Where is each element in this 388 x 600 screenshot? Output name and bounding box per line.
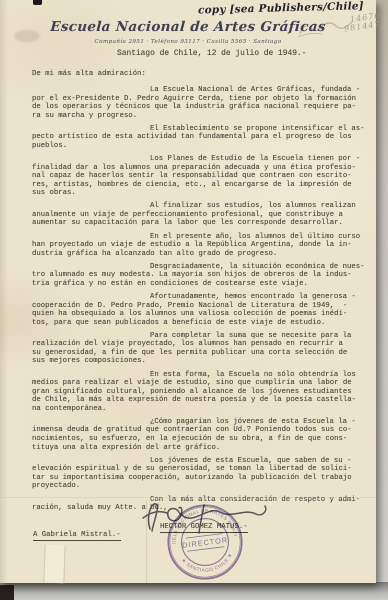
- letter-line: tos, para que sean publicados a benefici…: [32, 319, 368, 328]
- letter-line: sus obras.: [32, 189, 368, 198]
- paragraph: Para completar la suma que se necesite p…: [32, 332, 368, 366]
- paper-edge-shade: [0, 0, 8, 583]
- letter-line: Los Planes de Estudio de la Escuela tien…: [32, 155, 368, 164]
- letter-line: medios para realizar el viaje de estudio…: [32, 379, 368, 388]
- letter-line: inmensa deuda de gratitud que contraería…: [32, 426, 368, 435]
- letter-body: La Escuela Nacional de Artes Gráficas, f…: [32, 86, 368, 517]
- paragraph: El Establecimiento se propone intensific…: [32, 125, 368, 151]
- paragraph: La Escuela Nacional de Artes Gráficas, f…: [32, 86, 368, 120]
- letter-line: La Escuela Nacional de Artes Gráficas, f…: [32, 86, 368, 95]
- scanned-letter: copy [sea Publishers/Chile] 14676 981447…: [0, 0, 388, 600]
- letter-line: na contemporánea.: [32, 405, 368, 414]
- scan-background-right: [376, 0, 388, 585]
- cropped-ink-mark: [33, 0, 42, 5]
- paragraph: Los jóvenes de esta Escuela, que saben d…: [32, 457, 368, 491]
- scan-dark-corner: [0, 585, 14, 600]
- letter-line: proyectado.: [32, 482, 368, 491]
- letter-line: En esta forma, la Escuela no sólo obtend…: [32, 371, 368, 380]
- paragraph: ¿Cómo pagarían los jóvenes de esta Escue…: [32, 418, 368, 452]
- letter-line: realización del viaje proyectado, los al…: [32, 340, 368, 349]
- paragraph: Los Planes de Estudio de la Escuela tien…: [32, 155, 368, 198]
- paragraph: Al finalizar sus estudios, los alumnos r…: [32, 202, 368, 228]
- letter-line: pecto artístico de esta actividad tan fu…: [32, 133, 368, 142]
- letter-paper: copy [sea Publishers/Chile] 14676 981447…: [0, 0, 376, 583]
- letter-line: Al finalizar sus estudios, los alumnos r…: [32, 202, 368, 211]
- salutation: De mi más alta admiración:: [32, 70, 146, 78]
- letter-line: tria gráfica y no están en condiciones d…: [32, 280, 368, 289]
- letterhead-school-name: Escuela Nacional de Artes Gráficas: [0, 19, 377, 35]
- paragraph: Afortunadamente, hemos encontrado la gen…: [32, 293, 368, 327]
- letter-line: quien ha obsequiado a los alumnos una va…: [32, 310, 368, 319]
- letter-line: nocimientos, su esfuerzo, en la ejecució…: [32, 435, 368, 444]
- letterhead-contact-line: Compañía 2951 · Teléfono 93117 · Casilla…: [0, 39, 376, 45]
- letter-line: han proyectado un viaje de estudio a la …: [32, 241, 368, 250]
- letter-line: finalidad dar a los alumnos una preparac…: [32, 164, 368, 173]
- tape-remnant: [43, 545, 65, 584]
- scan-background-bottom: [0, 582, 388, 600]
- letter-line: por el ex-Presidente D. Pedro Aguirre Ce…: [32, 95, 368, 104]
- letter-line: aumentar su capacitación para la labor q…: [32, 219, 368, 228]
- letter-line: ra su marcha y progreso.: [32, 112, 368, 121]
- letter-line: nal capaz de hacerlos sentir la responsa…: [32, 172, 368, 181]
- letter-line: cooperación de D. Pedro Prado, Premio Na…: [32, 302, 368, 311]
- letter-line: de los operarios y técnicos que la indus…: [32, 103, 368, 112]
- letter-line: pueblos.: [32, 142, 368, 151]
- letter-line: sus mejores composiciones.: [32, 357, 368, 366]
- letter-line: Los jóvenes de esta Escuela, que saben d…: [32, 457, 368, 466]
- letter-line: tituya una alta expresión del arte gráfi…: [32, 444, 368, 453]
- dateline: Santiago de Chile, 12 de julio de 1949.-: [117, 49, 306, 58]
- letter-line: res, artistas, hombres de ciencia, etc.,…: [32, 181, 368, 190]
- letter-line: En el presente año, los alumnos del últi…: [32, 233, 368, 242]
- paragraph: En esta forma, la Escuela no sólo obtend…: [32, 371, 368, 414]
- paragraph: Desgraciadamente, la situación económica…: [32, 263, 368, 289]
- letter-line: gran significado cultural, poniendo al a…: [32, 388, 368, 397]
- paragraph: En el presente año, los alumnos del últi…: [32, 233, 368, 259]
- director-stamp: DIRECTOR ESCUELA NACIONAL DE ARTES GRAFI…: [162, 499, 249, 586]
- letter-line: elevación espiritual y de su generosidad…: [32, 465, 368, 474]
- letter-line: tar su importantísima cooperación, autor…: [32, 474, 368, 483]
- letter-line: tro alumnado es muy modesta. La mayoría …: [32, 271, 368, 280]
- addressee-line: A Gabriela Mistral.-: [33, 531, 121, 539]
- letter-line: dustria gráfica ha alcanzado tan alto gr…: [32, 250, 368, 259]
- letter-line: Afortunadamente, hemos encontrado la gen…: [32, 293, 368, 302]
- letter-line: de Chile, la más alta expresión de nuest…: [32, 396, 368, 405]
